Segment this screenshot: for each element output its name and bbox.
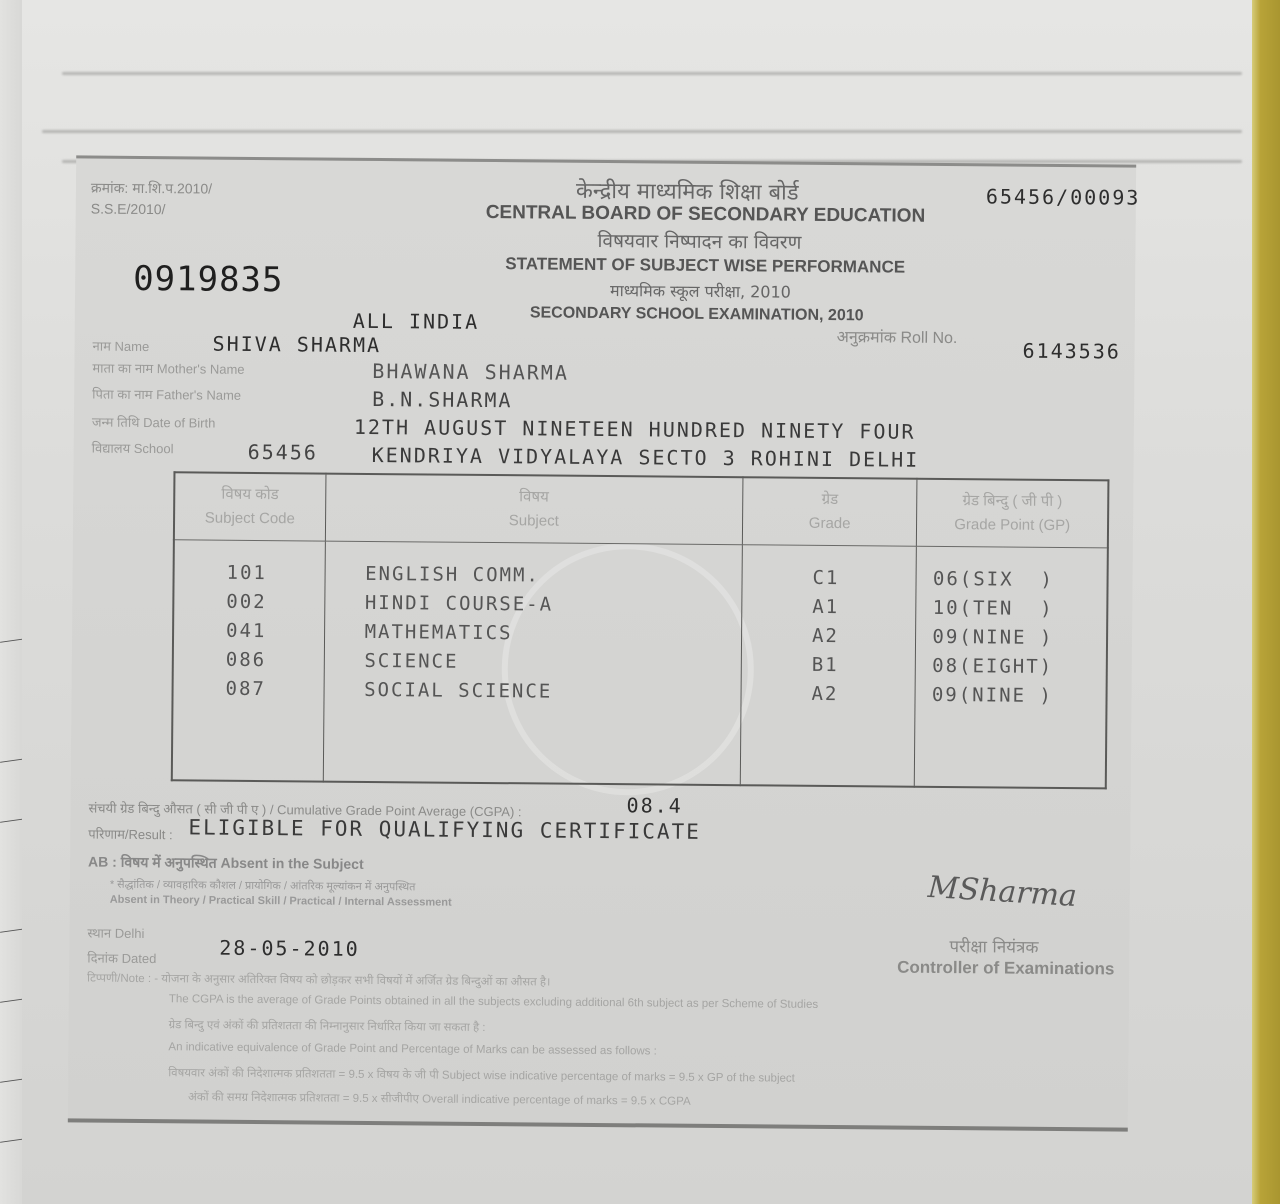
grades-table: विषय कोड Subject Code विषय Subject ग्रेड… — [171, 471, 1110, 789]
result-value: ELIGIBLE FOR QUALIFYING CERTIFICATE — [188, 815, 701, 843]
table-cell-code: 041 — [226, 617, 324, 647]
school-label: विद्यालय School — [92, 439, 174, 458]
reference-line: S.S.E/2010/ — [91, 201, 166, 218]
grade-point-column: 06(SIX )10(TEN )09(NINE )08(EIGHT)09(NIN… — [915, 546, 1108, 788]
table-cell-subject: SCIENCE — [364, 647, 741, 679]
place-label: स्थान Delhi — [87, 924, 144, 942]
table-cell-code: 087 — [225, 675, 323, 705]
statement-title: STATEMENT OF SUBJECT WISE PERFORMANCE — [505, 254, 905, 277]
serial-number: 0919835 — [133, 259, 284, 300]
date-of-birth: 12TH AUGUST NINETEEN HUNDRED NINETY FOUR — [354, 415, 916, 444]
school-code: 65456 — [248, 440, 318, 465]
mother-name: BHAWANA SHARMA — [372, 359, 569, 385]
name-label: नाम Name — [93, 337, 150, 355]
column-header-grade: ग्रेड Grade — [742, 477, 917, 546]
note-line: अंकों की समग्र निदेशात्मक प्रतिशतता = 9.… — [188, 1089, 691, 1108]
board-title-hindi: केन्द्रीय माध्यमिक शिक्षा बोर्ड — [576, 175, 799, 207]
header-english: Grade Point (GP) — [917, 513, 1107, 539]
table-cell-grade: A2 — [812, 622, 916, 652]
grade-column: C1A1A2B1A2 — [740, 545, 917, 787]
column-header-subject: विषय Subject — [325, 474, 743, 545]
roll-number-label: अनुक्रमांक Roll No. — [837, 325, 958, 348]
table-cell-grade: A2 — [811, 680, 915, 710]
note-line: टिप्पणी/Note : - योजना के अनुसार अतिरिक्… — [87, 971, 550, 990]
marksheet: क्रमांक: मा.शि.प.2010/ S.S.E/2010/ 09198… — [68, 155, 1136, 1131]
header-english: Grade — [743, 511, 917, 537]
column-header-grade-point: ग्रेड बिन्दु ( जी पी ) Grade Point (GP) — [917, 479, 1109, 548]
roll-number: 6143536 — [1022, 339, 1121, 364]
father-name: B.N.SHARMA — [372, 387, 513, 412]
table-cell-subject: HINDI COURSE-A — [365, 589, 742, 621]
assessment-note-hindi: * सैद्धांतिक / व्यावहारिक कौशल / प्रायोग… — [110, 877, 416, 895]
student-name: SHIVA SHARMA — [212, 332, 381, 357]
header-hindi: विषय कोड — [175, 482, 325, 507]
statement-title-hindi: विषयवार निष्पादन का विवरण — [597, 227, 801, 255]
header-english: Subject Code — [175, 506, 325, 531]
table-cell-grade-point: 06(SIX ) — [933, 565, 1107, 596]
subject-column: ENGLISH COMM.HINDI COURSE-AMATHEMATICSSC… — [323, 541, 742, 785]
table-cell-code: 086 — [226, 646, 324, 676]
note-line: The CGPA is the average of Grade Points … — [169, 993, 818, 1011]
table-cell-grade-point: 10(TEN ) — [933, 594, 1107, 625]
result-label: परिणाम/Result : — [88, 825, 172, 844]
table-cell-grade: B1 — [812, 651, 916, 681]
cgpa-value: 08.4 — [626, 793, 682, 817]
table-body: 101002041086087 ENGLISH COMM.HINDI COURS… — [172, 540, 1108, 789]
table-cell-code: 101 — [226, 559, 324, 589]
header-hindi: ग्रेड — [743, 487, 917, 513]
photocopy-page: क्रमांक: मा.शि.प.2010/ S.S.E/2010/ 09198… — [22, 0, 1254, 1204]
controller-title-hindi: परीक्षा नियंत्रक — [949, 934, 1038, 958]
dob-label: जन्म तिथि Date of Birth — [92, 413, 216, 432]
header-english: Subject — [326, 508, 743, 536]
issue-date: 28-05-2010 — [219, 936, 360, 961]
subject-code-column: 101002041086087 — [172, 540, 325, 782]
school-name: KENDRIYA VIDYALAYA SECTO 3 ROHINI DELHI — [372, 443, 920, 472]
assessment-note: Absent in Theory / Practical Skill / Pra… — [110, 894, 452, 909]
exam-scope: ALL INDIA — [353, 309, 480, 334]
father-name-label: पिता का नाम Father's Name — [92, 385, 241, 404]
header-hindi: विषय — [326, 484, 743, 512]
date-label: दिनांक Dated — [87, 949, 156, 968]
reference-line: क्रमांक: मा.शि.प.2010/ — [91, 179, 212, 199]
table-cell-subject: MATHEMATICS — [365, 618, 742, 650]
scan-artifact — [62, 72, 1242, 75]
exam-title-hindi: माध्यमिक स्कूल परीक्षा, 2010 — [610, 279, 791, 303]
table-cell-grade-point: 09(NINE ) — [932, 681, 1106, 712]
table-cell-grade-point: 08(EIGHT) — [932, 652, 1106, 683]
mother-name-label: माता का नाम Mother's Name — [92, 359, 244, 378]
table-cell-subject: ENGLISH COMM. — [365, 560, 742, 592]
table-cell-grade: C1 — [812, 564, 916, 594]
exam-title: SECONDARY SCHOOL EXAMINATION, 2010 — [530, 304, 864, 325]
table-cell-grade-point: 09(NINE ) — [932, 623, 1106, 654]
yellow-folder-edge — [1252, 0, 1280, 1204]
table-cell-grade: A1 — [812, 593, 916, 623]
note-line: ग्रेड बिन्दु एवं अंकों की प्रतिशतता की न… — [169, 1017, 486, 1035]
absent-note: AB : विषय में अनुपस्थित Absent in the Su… — [88, 853, 364, 874]
board-title: CENTRAL BOARD OF SECONDARY EDUCATION — [486, 202, 926, 228]
table-cell-code: 002 — [226, 588, 324, 618]
note-line: An indicative equivalence of Grade Point… — [168, 1041, 656, 1057]
document-number: 65456/00093 — [986, 184, 1141, 209]
scan-artifact — [42, 130, 1242, 133]
controller-title: Controller of Examinations — [897, 958, 1114, 980]
note-line: विषयवार अंकों की निदेशात्मक प्रतिशतता = … — [168, 1065, 795, 1085]
header-hindi: ग्रेड बिन्दु ( जी पी ) — [918, 489, 1108, 515]
table-cell-subject: SOCIAL SCIENCE — [364, 676, 741, 708]
controller-signature: MSharma — [927, 870, 1078, 914]
column-header-subject-code: विषय कोड Subject Code — [174, 472, 326, 541]
